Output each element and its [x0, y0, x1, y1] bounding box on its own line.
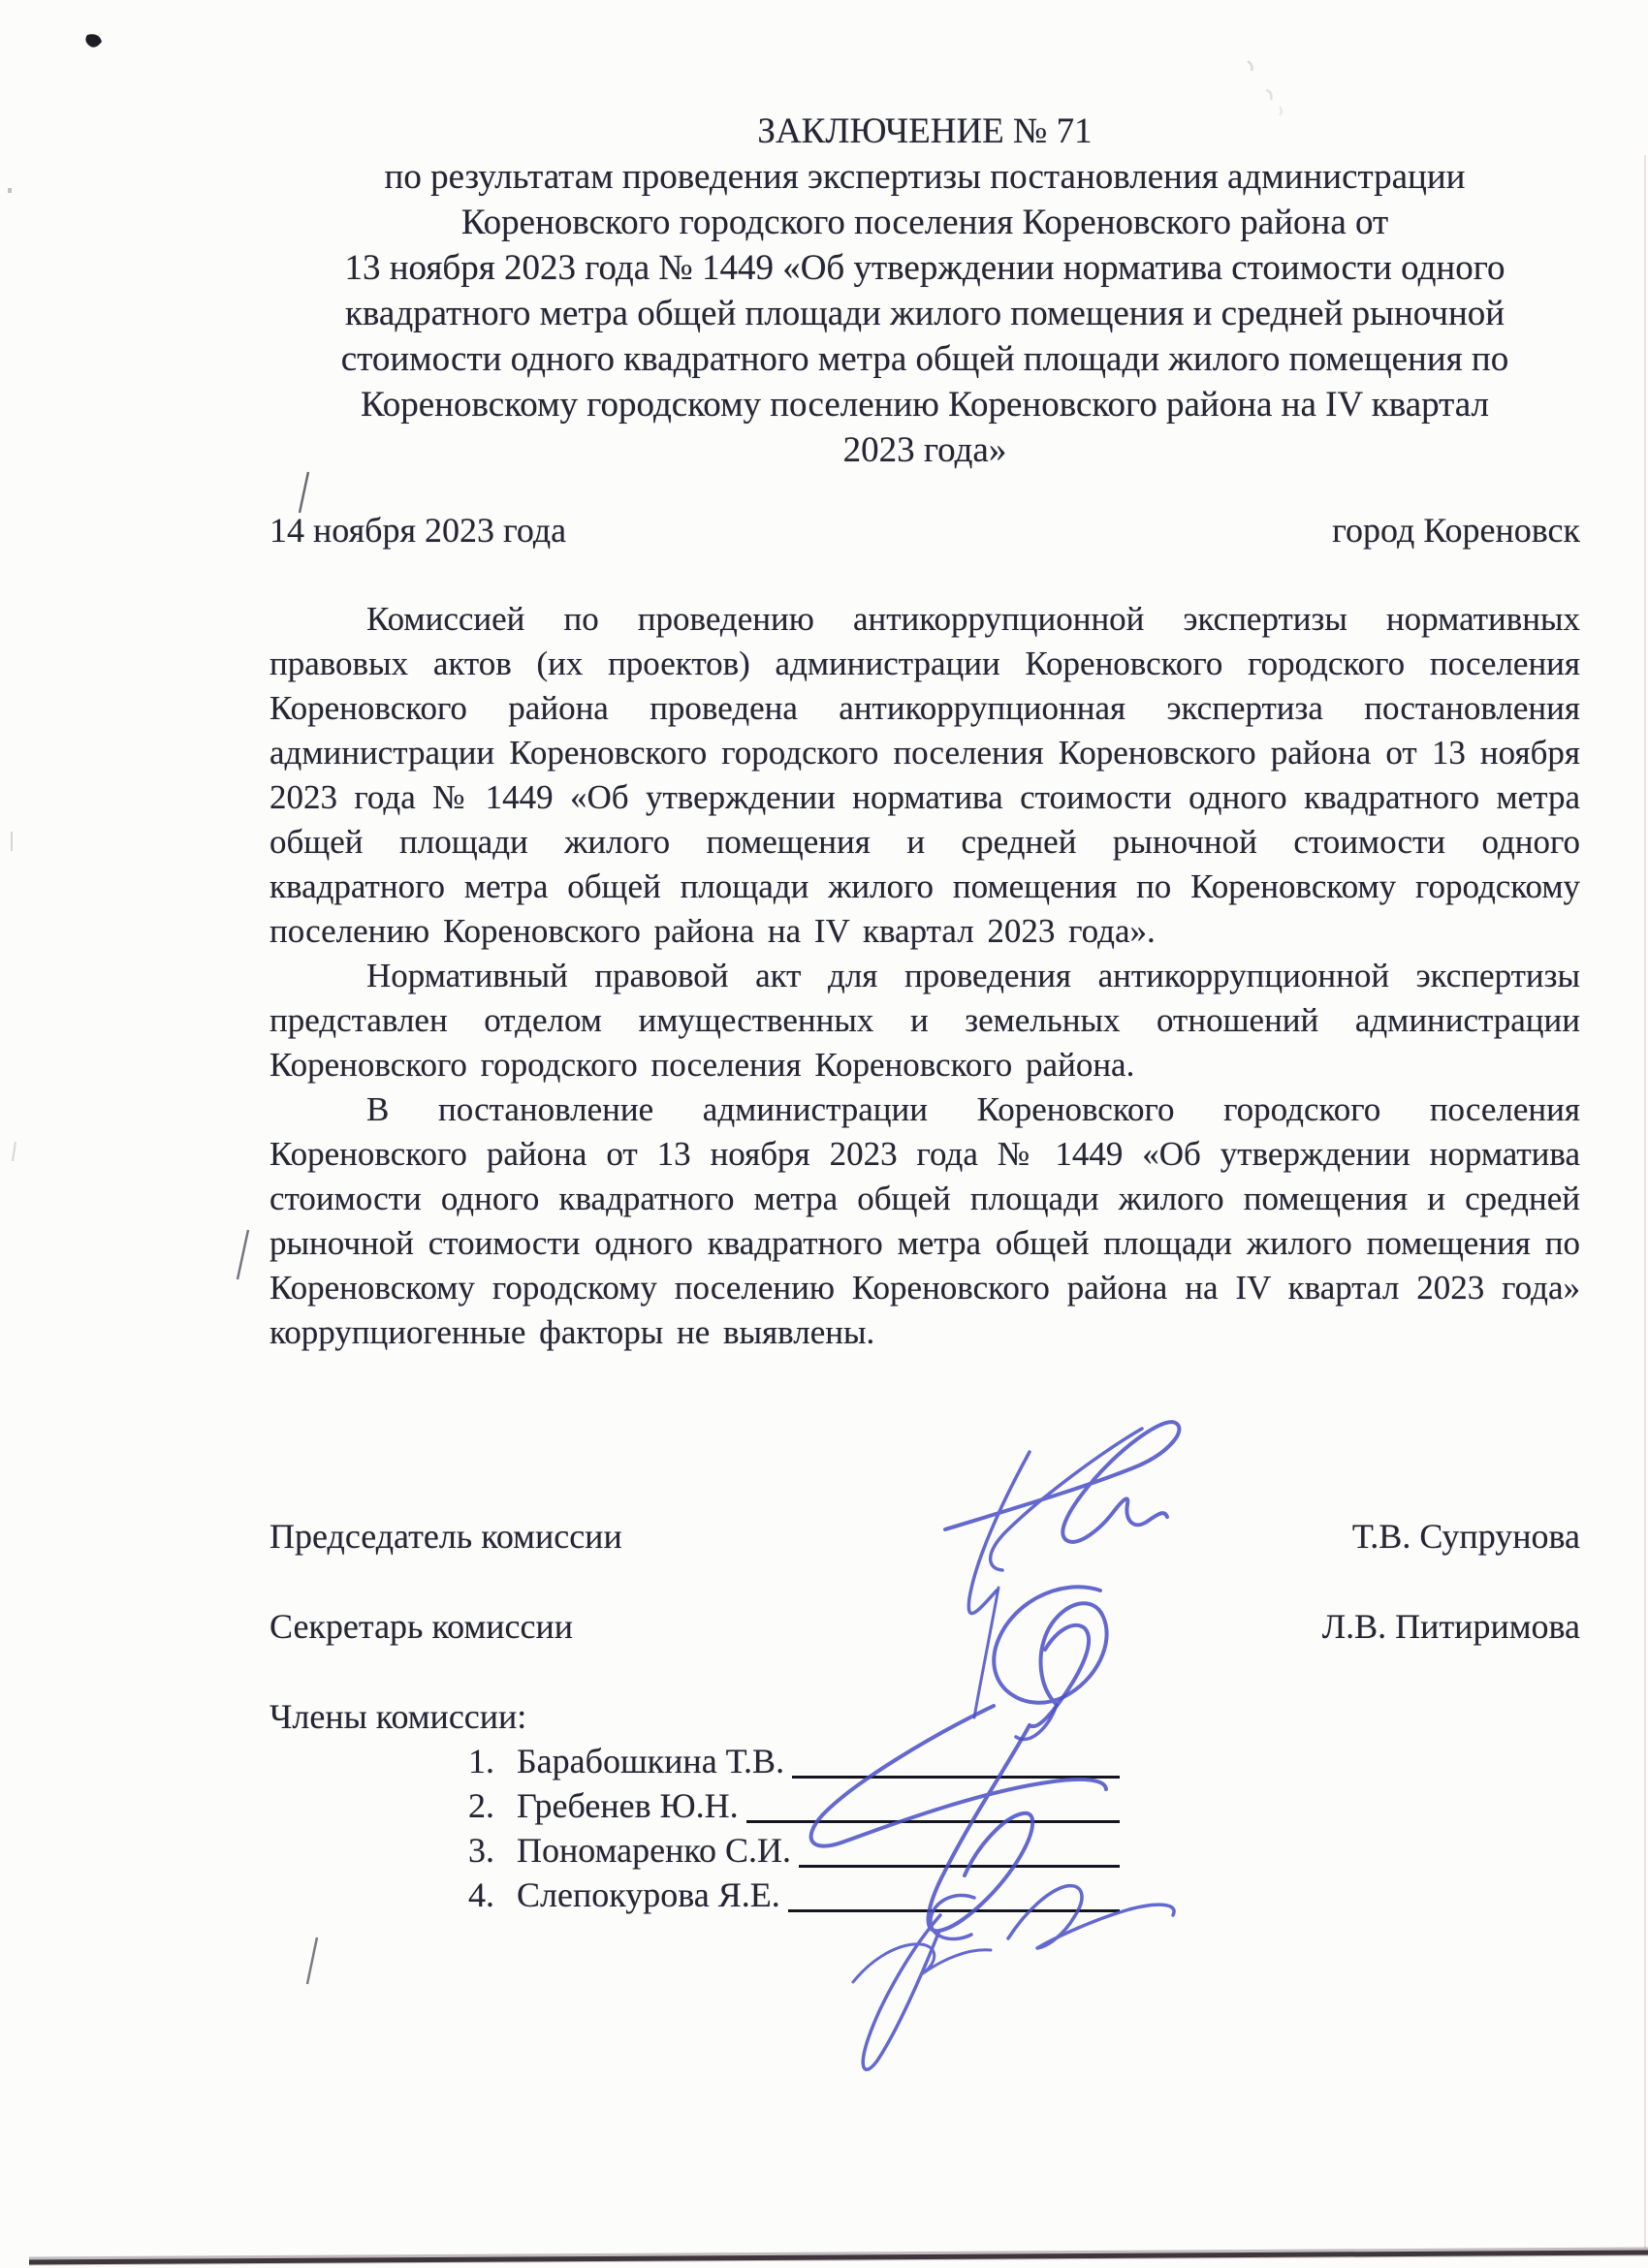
member-name: Слепокурова Я.Е.	[517, 1873, 780, 1917]
signature-row: Председатель комиссии Т.В. Супрунова	[269, 1514, 1580, 1559]
members-heading: Члены комиссии:	[269, 1694, 1580, 1739]
signature-row: Секретарь комиссии Л.В. Питиримова	[269, 1604, 1580, 1649]
member-row: 1. Барабошкина Т.В.	[468, 1739, 1120, 1783]
document-body: Комиссией по проведению антикоррупционно…	[269, 597, 1580, 1355]
document-date: 14 ноября 2023 года	[269, 508, 566, 552]
signature-line	[746, 1820, 1120, 1823]
paragraph: В постановление администрации Кореновско…	[269, 1087, 1580, 1355]
title-line: стоимости одного квадратного метра общей…	[269, 336, 1580, 382]
paragraph: Комиссией по проведению антикоррупционно…	[269, 597, 1580, 954]
role-label: Председатель комиссии	[269, 1514, 622, 1559]
scanned-document-page: ЗАКЛЮЧЕНИЕ № 71 по результатам проведени…	[0, 0, 1648, 2268]
signer-name: Л.В. Питиримова	[1322, 1604, 1580, 1649]
member-name: Пономаренко С.И.	[517, 1828, 791, 1873]
member-number: 2.	[468, 1783, 517, 1828]
member-row: 3. Пономаренко С.И.	[468, 1828, 1120, 1873]
title-line: 2023 года»	[269, 427, 1580, 473]
member-number: 4.	[468, 1873, 517, 1917]
member-name: Гребенев Ю.Н.	[517, 1783, 739, 1828]
signature-line	[792, 1776, 1120, 1779]
title-line: Кореновского городского поселения Корено…	[269, 200, 1580, 245]
signer-name: Т.В. Супрунова	[1352, 1514, 1580, 1559]
page-bottom-edge	[29, 2252, 1648, 2262]
title-line: 13 ноября 2023 года № 1449 «Об утвержден…	[269, 245, 1580, 291]
signature-section: Председатель комиссии Т.В. Супрунова Сек…	[269, 1514, 1580, 1917]
title-line: ЗАКЛЮЧЕНИЕ № 71	[269, 109, 1580, 154]
signature-line	[799, 1865, 1120, 1868]
title-line: квадратного метра общей площади жилого п…	[269, 291, 1580, 336]
role-label: Секретарь комиссии	[269, 1604, 573, 1649]
member-row: 4. Слепокурова Я.Е.	[468, 1873, 1120, 1917]
member-name: Барабошкина Т.В.	[517, 1739, 784, 1783]
title-line: по результатам проведения экспертизы пос…	[269, 154, 1580, 200]
signature-line	[788, 1909, 1120, 1912]
member-row: 2. Гребенев Ю.Н.	[468, 1783, 1120, 1828]
member-number: 3.	[468, 1828, 517, 1873]
document-title: ЗАКЛЮЧЕНИЕ № 71 по результатам проведени…	[269, 109, 1580, 473]
date-place-row: 14 ноября 2023 года город Кореновск	[269, 508, 1580, 552]
title-line: Кореновскому городскому поселению Корено…	[269, 382, 1580, 427]
document-place: город Кореновск	[1332, 508, 1580, 552]
member-number: 1.	[468, 1739, 517, 1783]
paragraph: Нормативный правовой акт для проведения …	[269, 954, 1580, 1087]
